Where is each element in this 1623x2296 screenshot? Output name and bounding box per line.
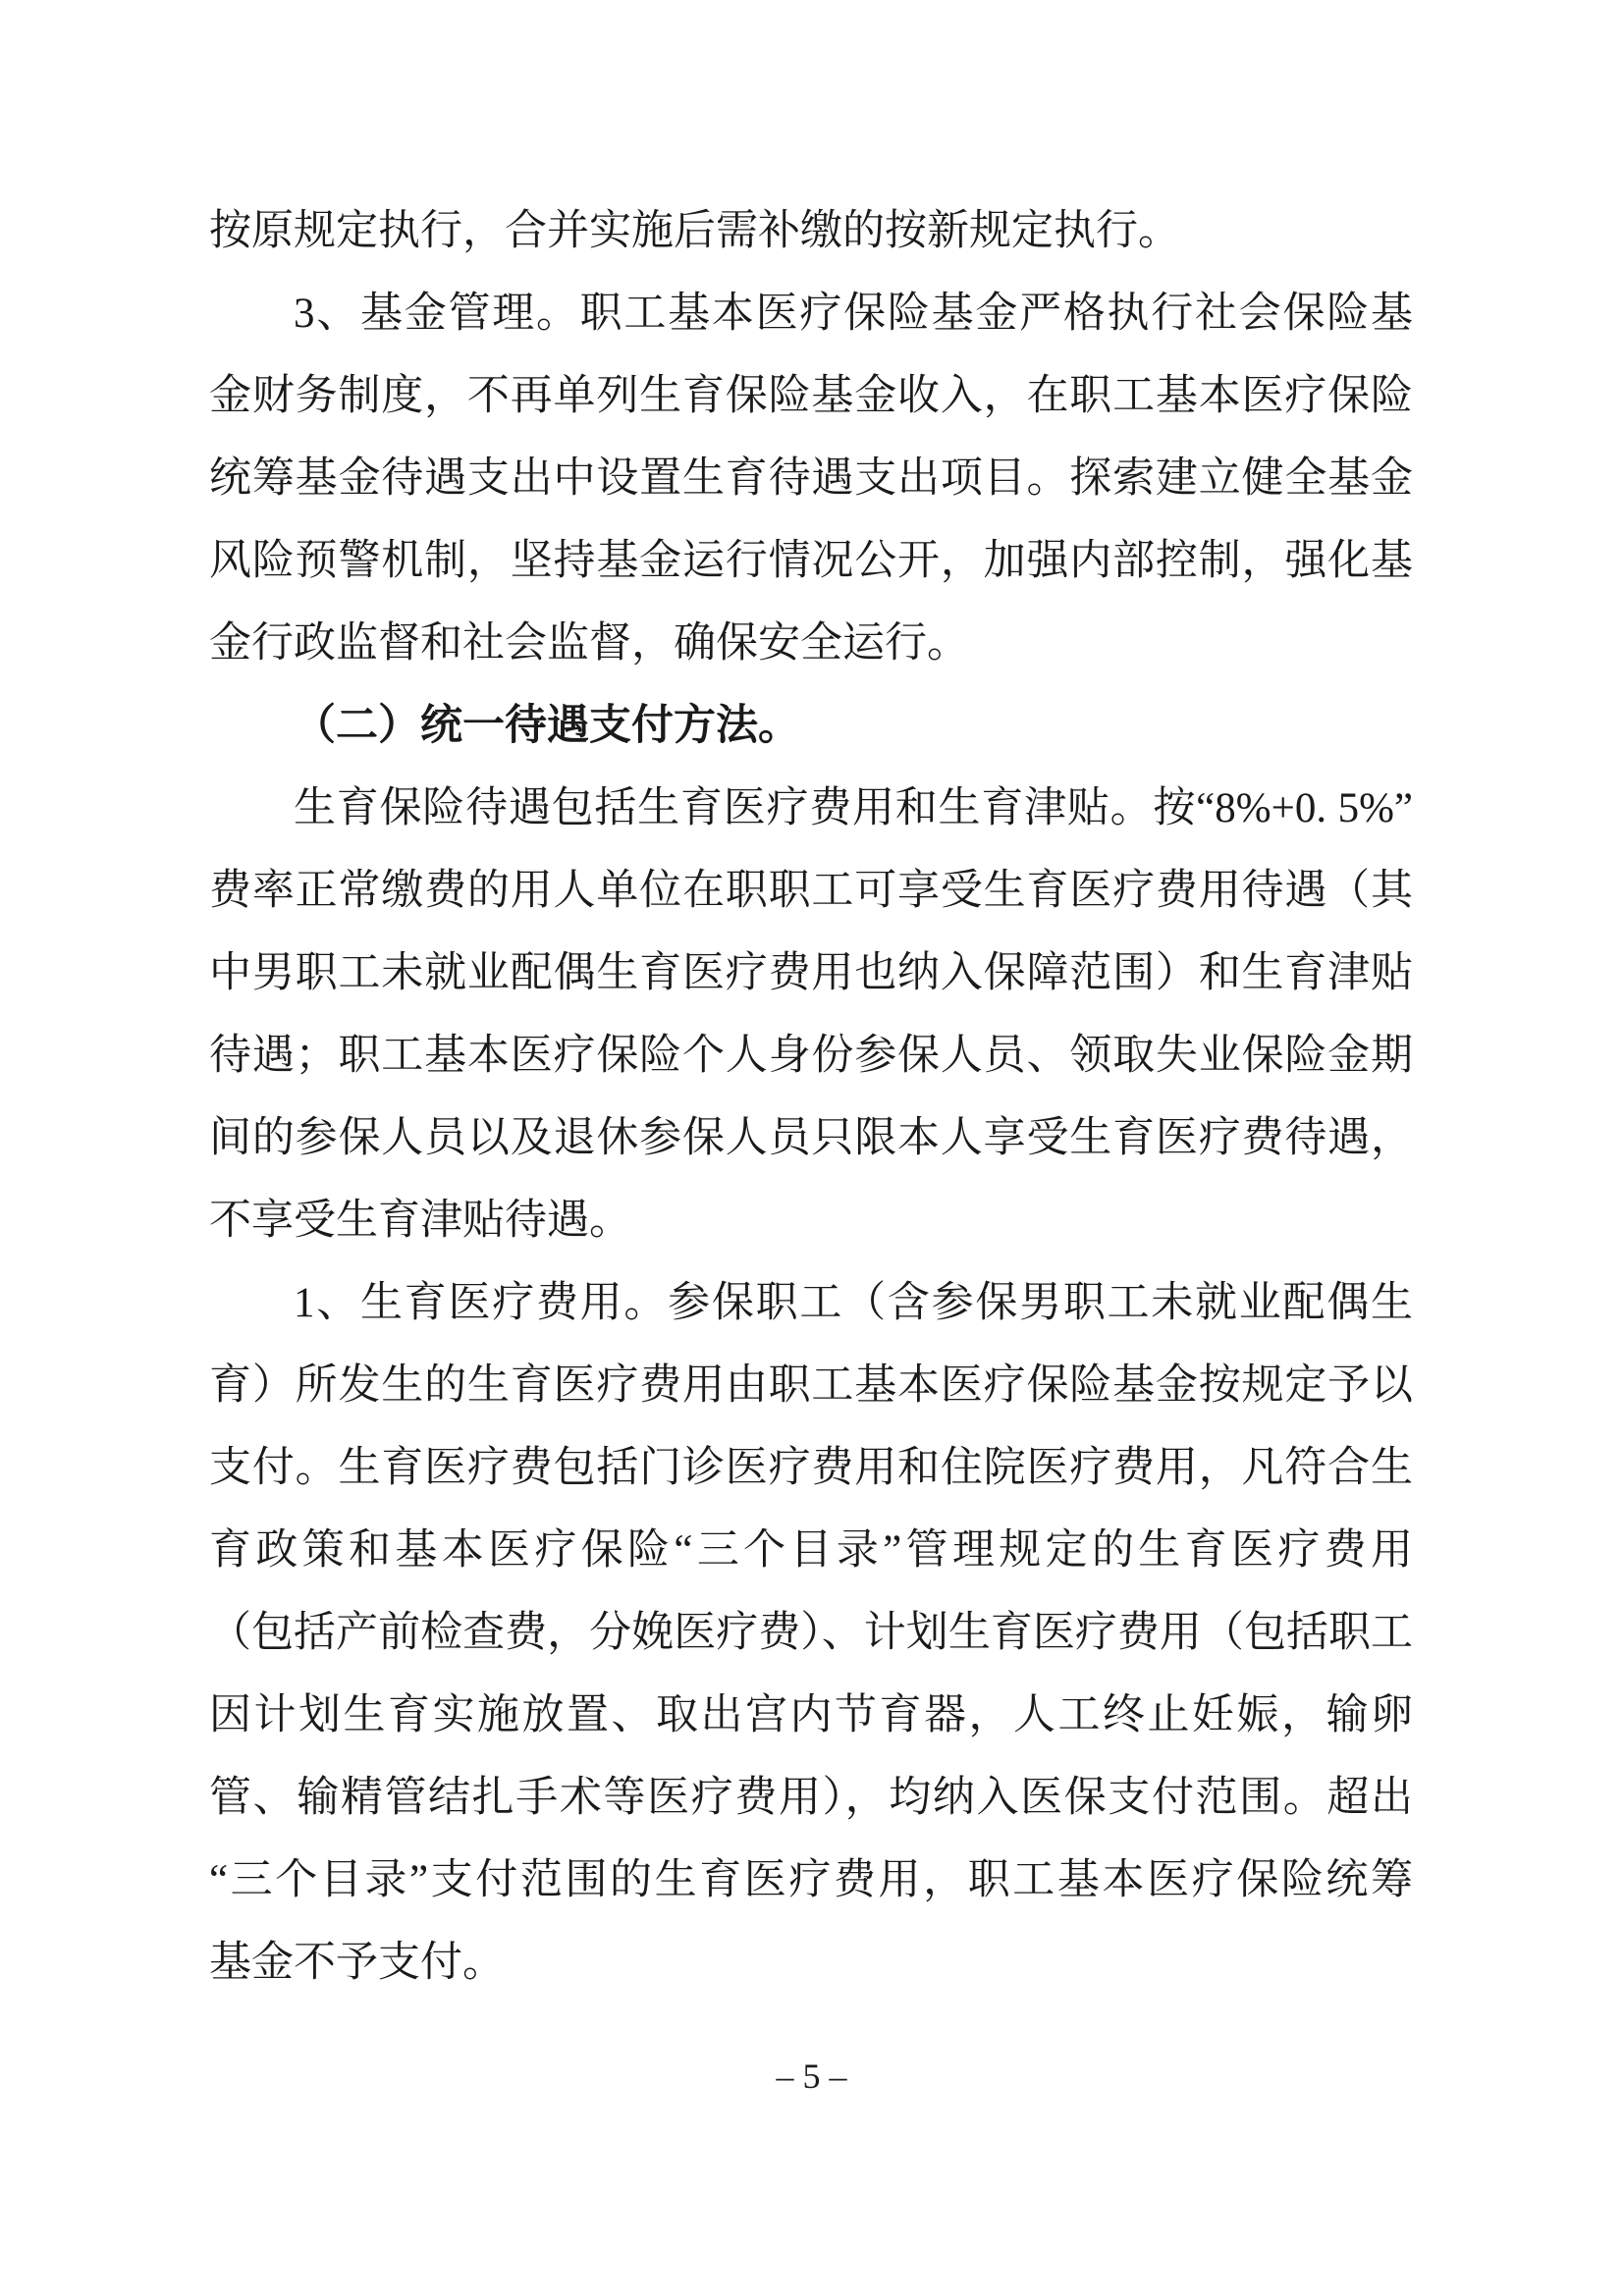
text-line: 基金不予支付。 bbox=[209, 1922, 1413, 2004]
text-line: 育政策和基本医疗保险“三个目录”管理规定的生育医疗费用 bbox=[209, 1510, 1413, 1592]
text-line: 间的参保人员以及退休参保人员只限本人享受生育医疗费待遇， bbox=[209, 1097, 1413, 1180]
section-heading: （二）统一待遇支付方法。 bbox=[209, 685, 1413, 768]
document-body: 按原规定执行，合并实施后需补缴的按新规定执行。 3、基金管理。职工基本医疗保险基… bbox=[209, 190, 1413, 2004]
document-page: 按原规定执行，合并实施后需补缴的按新规定执行。 3、基金管理。职工基本医疗保险基… bbox=[0, 0, 1623, 2296]
text-line: （包括产前检查费，分娩医疗费）、计划生育医疗费用（包括职工 bbox=[209, 1592, 1413, 1675]
text-line: “三个目录”支付范围的生育医疗费用，职工基本医疗保险统筹 bbox=[209, 1840, 1413, 1922]
text-line: 因计划生育实施放置、取出宫内节育器，人工终止妊娠，输卵 bbox=[209, 1675, 1413, 1757]
page-number: – 5 – bbox=[0, 2055, 1623, 2098]
text-line: 育）所发生的生育医疗费用由职工基本医疗保险基金按规定予以 bbox=[209, 1345, 1413, 1427]
text-line: 生育保险待遇包括生育医疗费用和生育津贴。按“8%+0. 5%” bbox=[209, 768, 1413, 850]
text-line: 不享受生育津贴待遇。 bbox=[209, 1180, 1413, 1262]
text-line: 3、基金管理。职工基本医疗保险基金严格执行社会保险基 bbox=[209, 273, 1413, 355]
text-line: 按原规定执行，合并实施后需补缴的按新规定执行。 bbox=[209, 190, 1413, 273]
text-line: 支付。生育医疗费包括门诊医疗费用和住院医疗费用，凡符合生 bbox=[209, 1427, 1413, 1510]
text-line: 风险预警机制，坚持基金运行情况公开，加强内部控制，强化基 bbox=[209, 520, 1413, 603]
text-line: 1、生育医疗费用。参保职工（含参保男职工未就业配偶生 bbox=[209, 1262, 1413, 1345]
text-line: 金财务制度，不再单列生育保险基金收入，在职工基本医疗保险 bbox=[209, 355, 1413, 438]
text-line: 费率正常缴费的用人单位在职职工可享受生育医疗费用待遇（其 bbox=[209, 850, 1413, 933]
text-line: 中男职工未就业配偶生育医疗费用也纳入保障范围）和生育津贴 bbox=[209, 933, 1413, 1015]
text-line: 待遇；职工基本医疗保险个人身份参保人员、领取失业保险金期 bbox=[209, 1015, 1413, 1097]
text-line: 统筹基金待遇支出中设置生育待遇支出项目。探索建立健全基金 bbox=[209, 438, 1413, 520]
text-line: 金行政监督和社会监督，确保安全运行。 bbox=[209, 603, 1413, 685]
text-line: 管、输精管结扎手术等医疗费用），均纳入医保支付范围。超出 bbox=[209, 1757, 1413, 1840]
